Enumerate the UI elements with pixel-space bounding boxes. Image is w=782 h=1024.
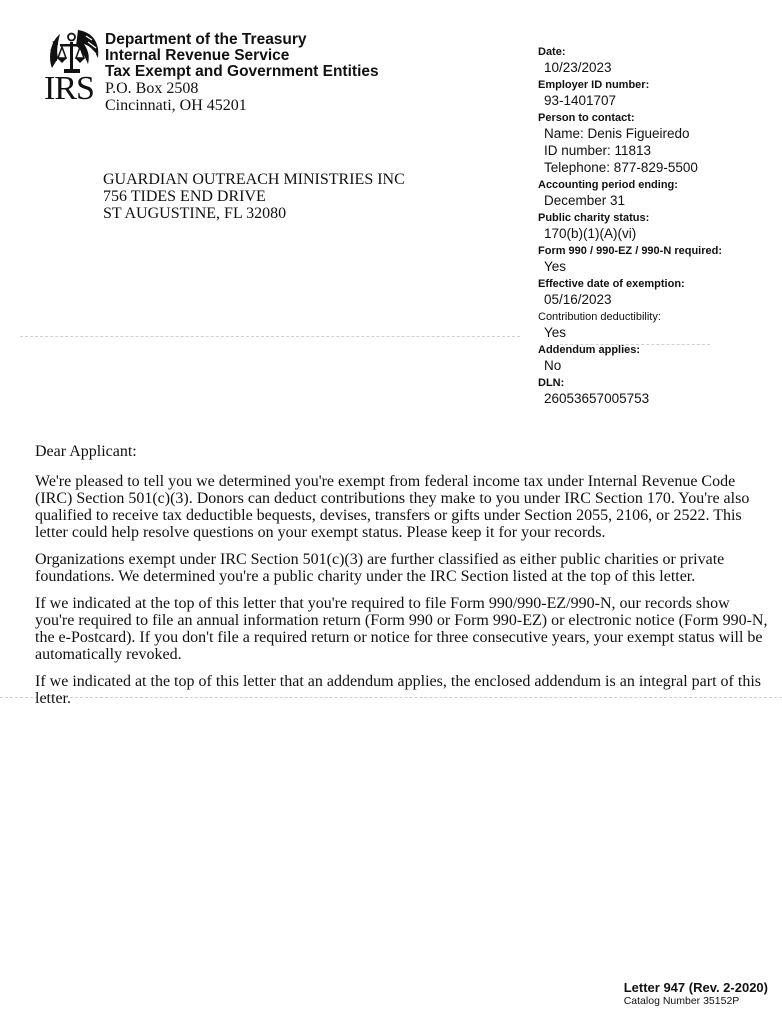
body-paragraph: If we indicated at the top of this lette…	[35, 595, 770, 663]
irs-logo: IRS	[44, 28, 102, 108]
body-paragraph: We're pleased to tell you we determined …	[35, 473, 770, 541]
department-name: Department of the Treasury	[105, 32, 379, 48]
form-identifier: Letter 947 (Rev. 2-2020)	[624, 980, 768, 995]
recipient-street: 756 TIDES END DRIVE	[103, 188, 405, 205]
date-label: Date:	[538, 46, 768, 59]
service-name: Internal Revenue Service	[105, 48, 379, 64]
scan-artifact-line	[20, 336, 520, 338]
form-required-label: Form 990 / 990-EZ / 990-N required:	[538, 245, 768, 258]
letter-body: Dear Applicant: We're pleased to tell yo…	[35, 443, 770, 717]
agency-city: Cincinnati, OH 45201	[105, 97, 379, 114]
irs-eagle-emblem-icon	[48, 28, 100, 76]
deductibility-value: Yes	[538, 324, 768, 341]
dln-value: 26053657005753	[538, 390, 768, 407]
contact-name: Name: Denis Figueiredo	[538, 125, 768, 142]
scan-artifact-line	[560, 344, 710, 346]
catalog-number: Catalog Number 35152P	[624, 995, 768, 1008]
deductibility-label: Contribution deductibility:	[538, 311, 768, 324]
ein-value: 93-1401707	[538, 92, 768, 109]
dln-label: DLN:	[538, 377, 768, 390]
addendum-value: No	[538, 357, 768, 374]
contact-id: ID number: 11813	[538, 142, 768, 159]
recipient-name: GUARDIAN OUTREACH MINISTRIES INC	[103, 171, 405, 188]
agency-block: Department of the Treasury Internal Reve…	[105, 32, 379, 114]
body-paragraph: If we indicated at the top of this lette…	[35, 673, 770, 707]
recipient-city: ST AUGUSTINE, FL 32080	[103, 205, 405, 222]
date-value: 10/23/2023	[538, 59, 768, 76]
body-paragraph: Organizations exempt under IRC Section 5…	[35, 551, 770, 585]
accounting-label: Accounting period ending:	[538, 179, 768, 192]
charity-status-value: 170(b)(1)(A)(vi)	[538, 225, 768, 242]
effective-date-label: Effective date of exemption:	[538, 278, 768, 291]
letter-footer: Letter 947 (Rev. 2-2020) Catalog Number …	[624, 980, 768, 1008]
contact-label: Person to contact:	[538, 112, 768, 125]
contact-phone: Telephone: 877-829-5500	[538, 159, 768, 176]
division-name: Tax Exempt and Government Entities	[105, 64, 379, 80]
effective-date-value: 05/16/2023	[538, 291, 768, 308]
ein-label: Employer ID number:	[538, 79, 768, 92]
accounting-value: December 31	[538, 192, 768, 209]
agency-po-box: P.O. Box 2508	[105, 80, 379, 97]
letter-info-block: Date: 10/23/2023 Employer ID number: 93-…	[538, 43, 768, 407]
charity-status-label: Public charity status:	[538, 212, 768, 225]
recipient-address: GUARDIAN OUTREACH MINISTRIES INC 756 TID…	[103, 171, 405, 222]
irs-logo-text: IRS	[44, 72, 94, 106]
form-required-value: Yes	[538, 258, 768, 275]
salutation: Dear Applicant:	[35, 443, 770, 460]
